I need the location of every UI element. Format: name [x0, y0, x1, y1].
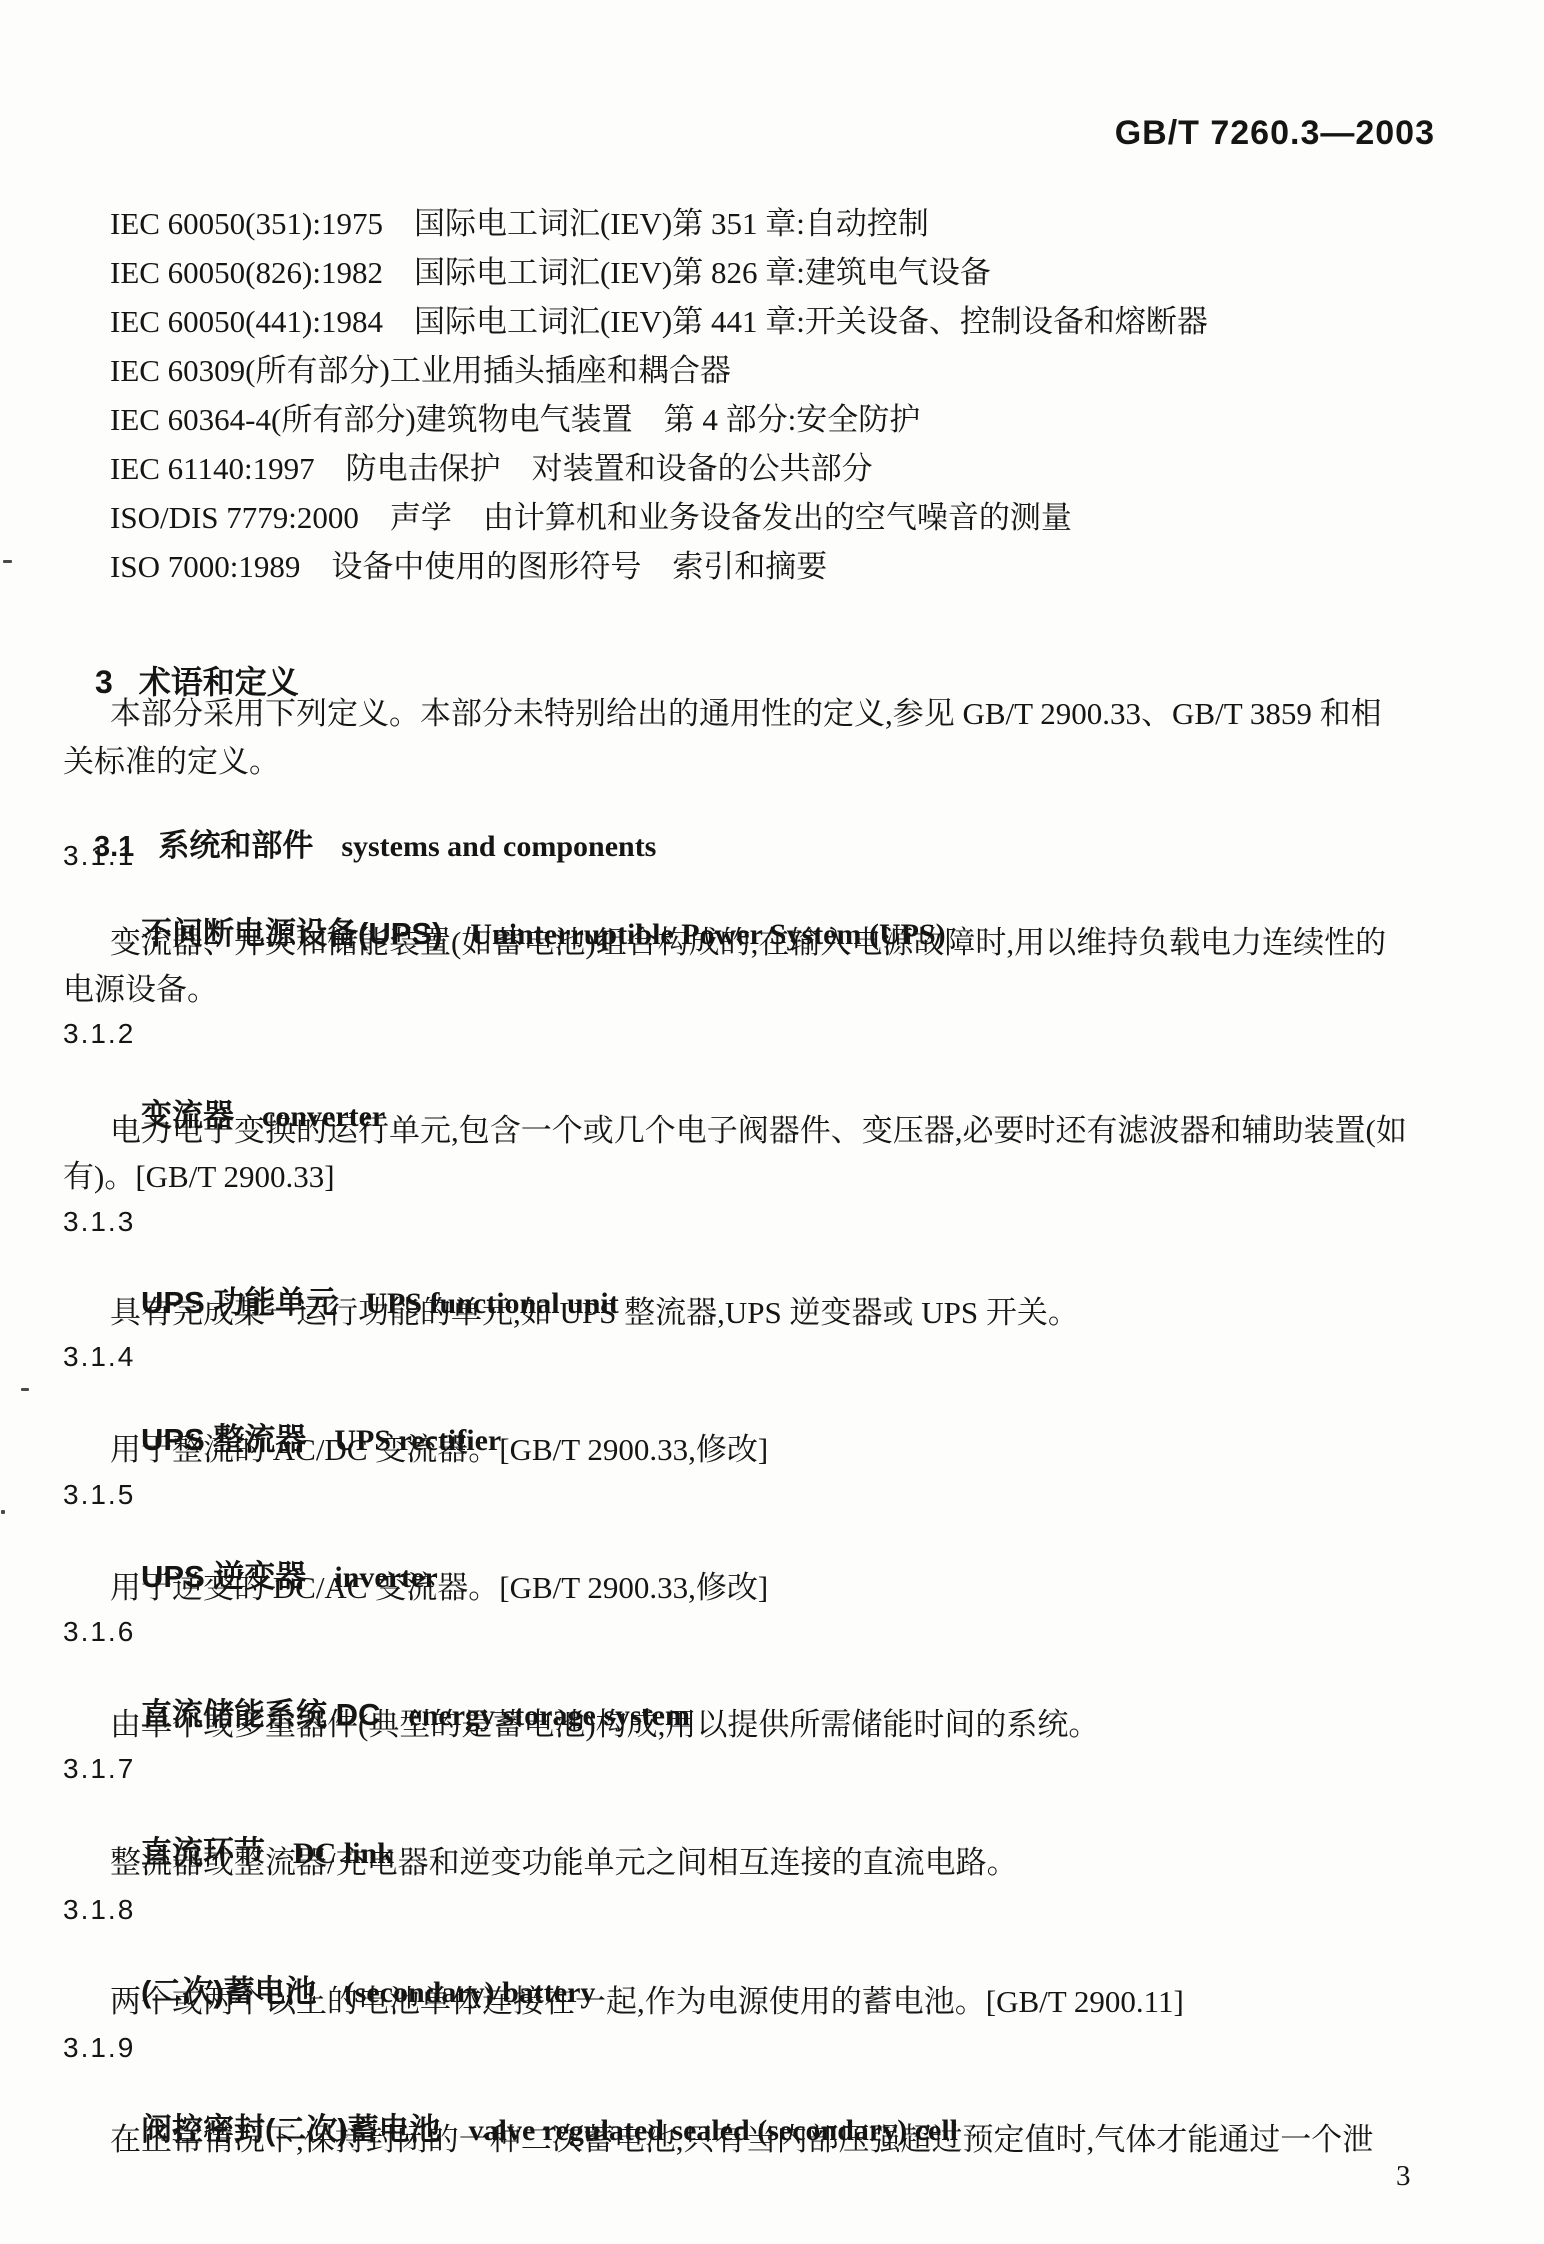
- doc-code: GB/T 7260.3—2003: [1115, 114, 1435, 153]
- scan-speck: [3, 560, 12, 563]
- definition-text: 两个或两个以上的电池单体连接在一起,作为电源使用的蓄电池。[GB/T 2900.…: [110, 1984, 1184, 2020]
- subsection-title-en: systems and components: [341, 830, 656, 863]
- reference-line: ISO 7000:1989 设备中使用的图形符号 索引和摘要: [110, 549, 827, 585]
- section-title: 术语和定义: [139, 664, 299, 700]
- clause-number: 3.1.9: [63, 2032, 135, 2064]
- definition-text: 整流器或整流器/充电器和逆变功能单元之间相互连接的直流电路。: [110, 1845, 1018, 1881]
- definition-text: 在正常情况下,保持封闭的一种二次蓄电池,只有当内部压强超过预定值时,气体才能通过…: [110, 2122, 1373, 2158]
- clause-number: 3.1.4: [63, 1341, 135, 1373]
- intro-text: 关标准的定义。: [63, 744, 280, 780]
- definition-text: 由单个或多重器件(典型的是蓄电池)构成,用以提供所需储能时间的系统。: [110, 1707, 1099, 1743]
- reference-line: IEC 60309(所有部分)工业用插头插座和耦合器: [110, 353, 731, 389]
- reference-line: IEC 60364-4(所有部分)建筑物电气装置 第 4 部分:安全防护: [110, 402, 920, 438]
- reference-line: ISO/DIS 7779:2000 声学 由计算机和业务设备发出的空气噪音的测量: [110, 500, 1072, 536]
- intro-text: 本部分采用下列定义。本部分未特别给出的通用性的定义,参见 GB/T 2900.3…: [110, 696, 1382, 732]
- reference-line: IEC 60050(351):1975 国际电工词汇(IEV)第 351 章:自…: [110, 206, 929, 242]
- reference-line: IEC 61140:1997 防电击保护 对装置和设备的公共部分: [110, 451, 873, 487]
- clause-number: 3.1.3: [63, 1206, 135, 1238]
- definition-text: 变流器、开关和储能装置(如蓄电池)组合构成的,在输入电源故障时,用以维持负载电力…: [110, 925, 1386, 961]
- definition-text: 用于逆变的 DC/AC 变流器。[GB/T 2900.33,修改]: [110, 1570, 768, 1606]
- reference-line: IEC 60050(826):1982 国际电工词汇(IEV)第 826 章:建…: [110, 255, 991, 291]
- clause-number: 3.1.5: [63, 1479, 135, 1511]
- section-number: 3: [95, 664, 113, 700]
- scan-speck: [21, 1388, 29, 1391]
- clause-number: 3.1.2: [63, 1018, 135, 1050]
- clause-number: 3.1.1: [63, 840, 135, 872]
- reference-line: IEC 60050(441):1984 国际电工词汇(IEV)第 441 章:开…: [110, 304, 1208, 340]
- clause-number: 3.1.8: [63, 1894, 135, 1926]
- definition-text: 具有完成某一运行功能的单元,如 UPS 整流器,UPS 逆变器或 UPS 开关。: [110, 1295, 1079, 1331]
- definition-text: 电源设备。: [63, 972, 218, 1008]
- subsection-title-zh: 系统和部件: [158, 828, 313, 863]
- definition-text: 电力电子变换的运行单元,包含一个或几个电子阀器件、变压器,必要时还有滤波器和辅助…: [110, 1113, 1407, 1149]
- scan-speck: [1, 1510, 5, 1514]
- clause-number: 3.1.7: [63, 1753, 135, 1785]
- definition-text: 有)。[GB/T 2900.33]: [63, 1159, 335, 1195]
- page-number: 3: [1396, 2160, 1411, 2193]
- clause-number: 3.1.6: [63, 1616, 135, 1648]
- document-page: GB/T 7260.3—2003 IEC 60050(351):1975 国际电…: [0, 0, 1544, 2244]
- definition-text: 用于整流的 AC/DC 变流器。[GB/T 2900.33,修改]: [110, 1432, 768, 1468]
